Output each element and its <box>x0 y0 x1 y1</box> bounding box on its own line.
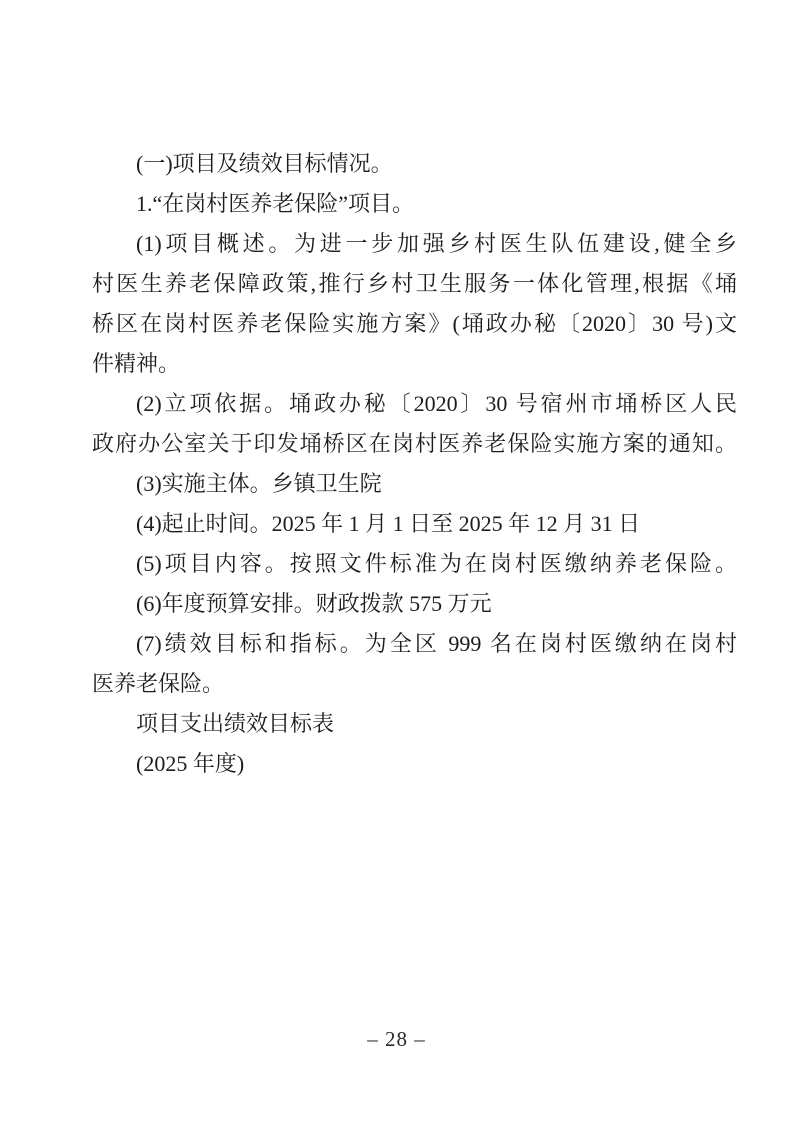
doc-line-2: 1.“在岗村医养老保险”项目。 <box>92 184 737 224</box>
page-footer: – 28 – <box>0 1022 793 1056</box>
doc-line-13: (7)绩效目标和指标。为全区 999 名在岗村医缴纳在岗村 <box>92 624 737 664</box>
doc-line-16: (2025 年度) <box>92 744 737 784</box>
page-number: – 28 – <box>367 1027 426 1051</box>
doc-line-9: (3)实施主体。乡镇卫生院 <box>92 464 737 504</box>
doc-line-14: 医养老保险。 <box>92 664 737 704</box>
doc-line-3: (1)项目概述。为进一步加强乡村医生队伍建设,健全乡 <box>92 224 737 264</box>
doc-line-6: 件精神。 <box>92 344 737 384</box>
doc-line-8: 政府办公室关于印发埇桥区在岗村医养老保险实施方案的通知。 <box>92 424 737 464</box>
doc-line-7: (2)立项依据。埇政办秘〔2020〕30 号宿州市埇桥区人民 <box>92 384 737 424</box>
document-page: (一)项目及绩效目标情况。1.“在岗村医养老保险”项目。(1)项目概述。为进一步… <box>0 0 793 1122</box>
doc-line-5: 桥区在岗村医养老保险实施方案》(埇政办秘〔2020〕30 号)文 <box>92 304 737 344</box>
doc-line-11: (5)项目内容。按照文件标准为在岗村医缴纳养老保险。 <box>92 544 737 584</box>
doc-line-10: (4)起止时间。2025 年 1 月 1 日至 2025 年 12 月 31 日 <box>92 504 737 544</box>
doc-line-15: 项目支出绩效目标表 <box>92 704 737 744</box>
doc-line-12: (6)年度预算安排。财政拨款 575 万元 <box>92 584 737 624</box>
document-body: (一)项目及绩效目标情况。1.“在岗村医养老保险”项目。(1)项目概述。为进一步… <box>92 144 737 784</box>
doc-line-1: (一)项目及绩效目标情况。 <box>92 144 737 184</box>
doc-line-4: 村医生养老保障政策,推行乡村卫生服务一体化管理,根据《埇 <box>92 264 737 304</box>
